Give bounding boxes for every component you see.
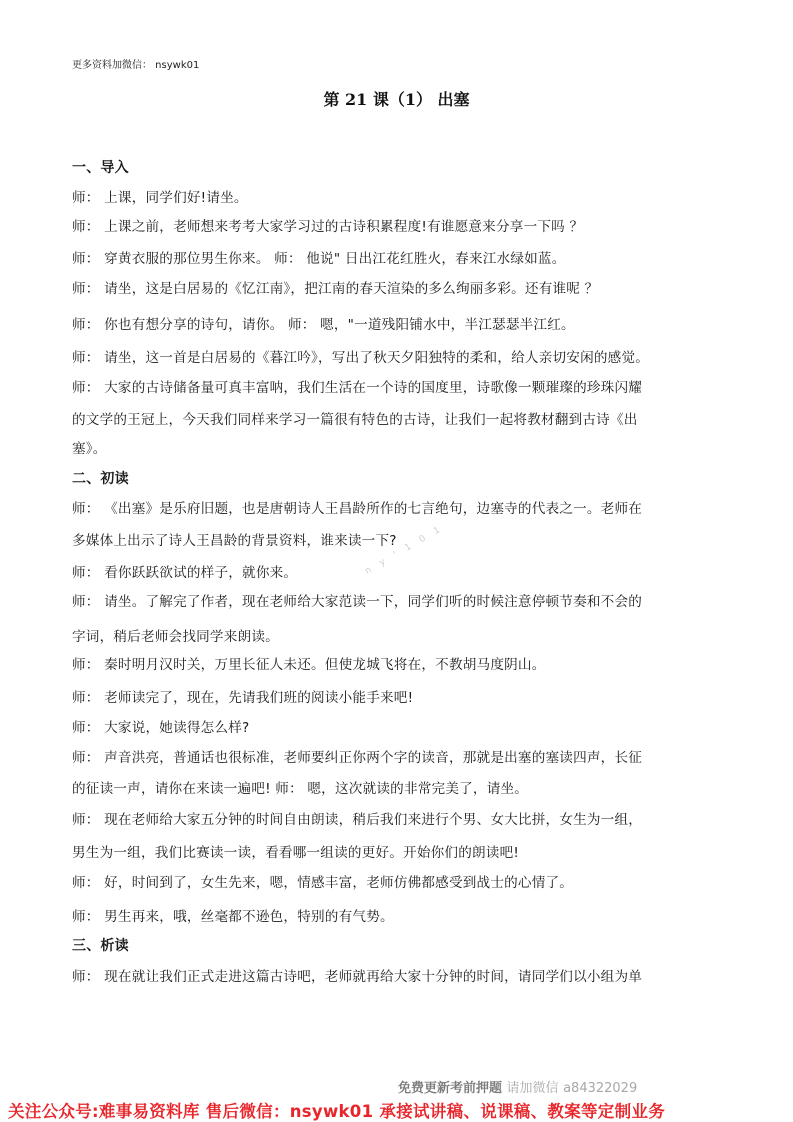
paragraph-line: 师： 请坐，这一首是白居易的《暮江吟》，写出了秋天夕阳独特的柔和，给人亲切安闲的… <box>72 346 649 366</box>
paragraph-line: 师： 《出塞》是乐府旧题，也是唐朝诗人王昌龄所作的七言绝句，边塞寺的代表之一。老… <box>72 497 642 517</box>
paragraph-line: 字词，稍后老师会找同学来朗读。 <box>72 625 279 645</box>
paragraph-line: 多媒体上出示了诗人王昌龄的背景资料，谁来读一下? <box>72 529 397 549</box>
header-note: 更多资料加微信： nsywk01 <box>72 56 199 71</box>
paragraph-line: 的征读一声，请你在来读一遍吧! 师： 嗯，这次就读的非常完美了，请坐。 <box>72 777 528 797</box>
promo-id: a84322029 <box>563 1081 637 1096</box>
paragraph-line: 师： 现在就让我们正式走进这篇古诗吧，老师就再给大家十分钟的时间，请同学们以小组… <box>72 965 642 985</box>
paragraph-line: 师： 大家说，她读得怎么样? <box>72 716 249 736</box>
paragraph-line: 师： 穿黄衣服的那位男生你来。 师： 他说" 日出江花红胜火，春来江水绿如蓝。 <box>72 247 566 267</box>
paragraph-line: 师： 老师读完了，现在，先请我们班的阅读小能手来吧! <box>72 686 413 706</box>
paragraph-line: 师： 大家的古诗储备量可真丰富呐，我们生活在一个诗的国度里，诗歌像一颗璀璨的珍珠… <box>72 376 642 396</box>
paragraph-line: 师： 看你跃跃欲试的样子，就你来。 <box>72 561 297 581</box>
section-heading-intro: 一、导入 <box>72 157 129 177</box>
paragraph-line: 的文学的王冠上，今天我们同样来学习一篇很有特色的古诗，让我们一起将教材翻到古诗《… <box>72 408 638 428</box>
section-heading-first-reading: 二、初读 <box>72 468 129 488</box>
paragraph-line: 师： 你也有想分享的诗句，请你。 师： 嗯，"一道残阳铺水中，半江瑟瑟半江红。 <box>72 313 575 333</box>
section-heading-analysis: 三、析读 <box>72 935 129 955</box>
poem-line: 师： 秦时明月汉时关，万里长征人未还。但使龙城飞将在，不教胡马度阴山。 <box>72 653 546 673</box>
paragraph-line: 师： 现在老师给大家五分钟的时间自由朗读，稍后我们来进行个男、女大比拼，女生为一… <box>72 808 642 828</box>
red-banner: 关注公众号:难事易资料库 售后微信：nsywk01 承接试讲稿、说课稿、教案等定… <box>8 1098 665 1122</box>
paragraph-line: 师： 好，时间到了，女生先来，嗯，情感丰富，老师仿佛都感受到战士的心情了。 <box>72 871 573 891</box>
paragraph-line: 男生为一组，我们比赛读一读，看看哪一组读的更好。开始你们的朗读吧! <box>72 841 519 861</box>
paragraph-line: 师： 上课之前，老师想来考考大家学习过的古诗积累程度!有谁愿意来分享一下吗 ？ <box>72 215 583 235</box>
paragraph-line: 师： 请坐，这是白居易的《忆江南》，把江南的春天渲染的多么绚丽多彩。还有谁呢 ？ <box>72 277 598 297</box>
paragraph-line: 师： 请坐。了解完了作者，现在老师给大家范读一下，同学们听的时候注意停顿节奏和不… <box>72 590 642 610</box>
promo-bold-text: 免费更新考前押题 <box>398 1081 502 1096</box>
promo-line: 免费更新考前押题 请加微信 a84322029 <box>398 1077 637 1096</box>
paragraph-line: 师： 上课，同学们好!请坐。 <box>72 186 248 206</box>
paragraph-line: 师： 男生再来，哦，丝毫都不逊色，特别的有气势。 <box>72 905 394 925</box>
paragraph-line: 师： 声音洪亮，普通话也很标准，老师要纠正你两个字的读音，那就是出塞的塞读四声，… <box>72 746 642 766</box>
promo-light-text: 请加微信 <box>507 1081 559 1096</box>
page-title: 第 21 课（1） 出塞 <box>0 87 793 110</box>
paragraph-line: 塞》。 <box>72 437 107 457</box>
